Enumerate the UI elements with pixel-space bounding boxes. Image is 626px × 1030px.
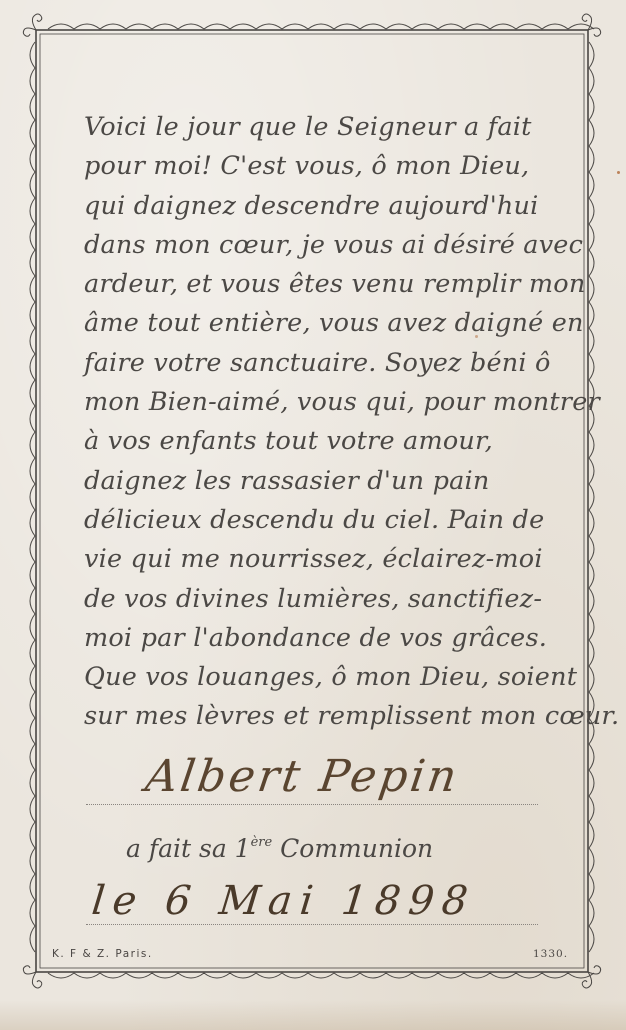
date-field: le 6 Mai 1898 — [86, 862, 538, 925]
catalog-number: 1330. — [533, 948, 568, 960]
prayer-line: Que vos louanges, ô mon Dieu, soient — [84, 658, 554, 697]
paper-speck — [617, 171, 620, 174]
prayer-line: pour moi! C'est vous, ô mon Dieu, — [84, 147, 554, 186]
prayer-line: ardeur, et vous êtes venu remplir mon — [84, 265, 554, 304]
prayer-line: délicieux descendu du ciel. Pain de — [84, 501, 554, 540]
handwritten-name: Albert Pepin — [142, 751, 462, 802]
communion-statement: a fait sa 1ère Communion — [126, 834, 433, 863]
paper-speck — [475, 335, 478, 338]
prayer-line: âme tout entière, vous avez daigné en — [84, 304, 554, 343]
prayer-line: sur mes lèvres et remplissent mon cœur. — [84, 697, 554, 736]
prayer-line: moi par l'abondance de vos grâces. — [84, 619, 554, 658]
handwritten-date: le 6 Mai 1898 — [90, 878, 478, 924]
prayer-line: de vos divines lumières, sanctifiez- — [84, 580, 554, 619]
prayer-text: Voici le jour que le Seigneur a fait pou… — [84, 108, 554, 737]
prayer-line: mon Bien-aimé, vous qui, pour montrer — [84, 383, 554, 422]
communion-superscript: ère — [251, 835, 273, 850]
name-field: Albert Pepin — [86, 742, 538, 805]
prayer-line: vie qui me nourrissez, éclairez-moi — [84, 540, 554, 579]
prayer-line: daignez les rassasier d'un pain — [84, 462, 554, 501]
prayer-line: dans mon cœur, je vous ai désiré avec — [84, 226, 554, 265]
prayer-line: à vos enfants tout votre amour, — [84, 422, 554, 461]
prayer-line: faire votre sanctuaire. Soyez béni ô — [84, 344, 554, 383]
communion-prefix: a fait sa 1 — [126, 834, 251, 863]
printer-mark: K. F & Z. Paris. — [52, 948, 153, 960]
communion-suffix: Communion — [272, 834, 433, 863]
prayer-line: qui daignez descendre aujourd'hui — [84, 187, 554, 226]
prayer-line: Voici le jour que le Seigneur a fait — [84, 108, 554, 147]
